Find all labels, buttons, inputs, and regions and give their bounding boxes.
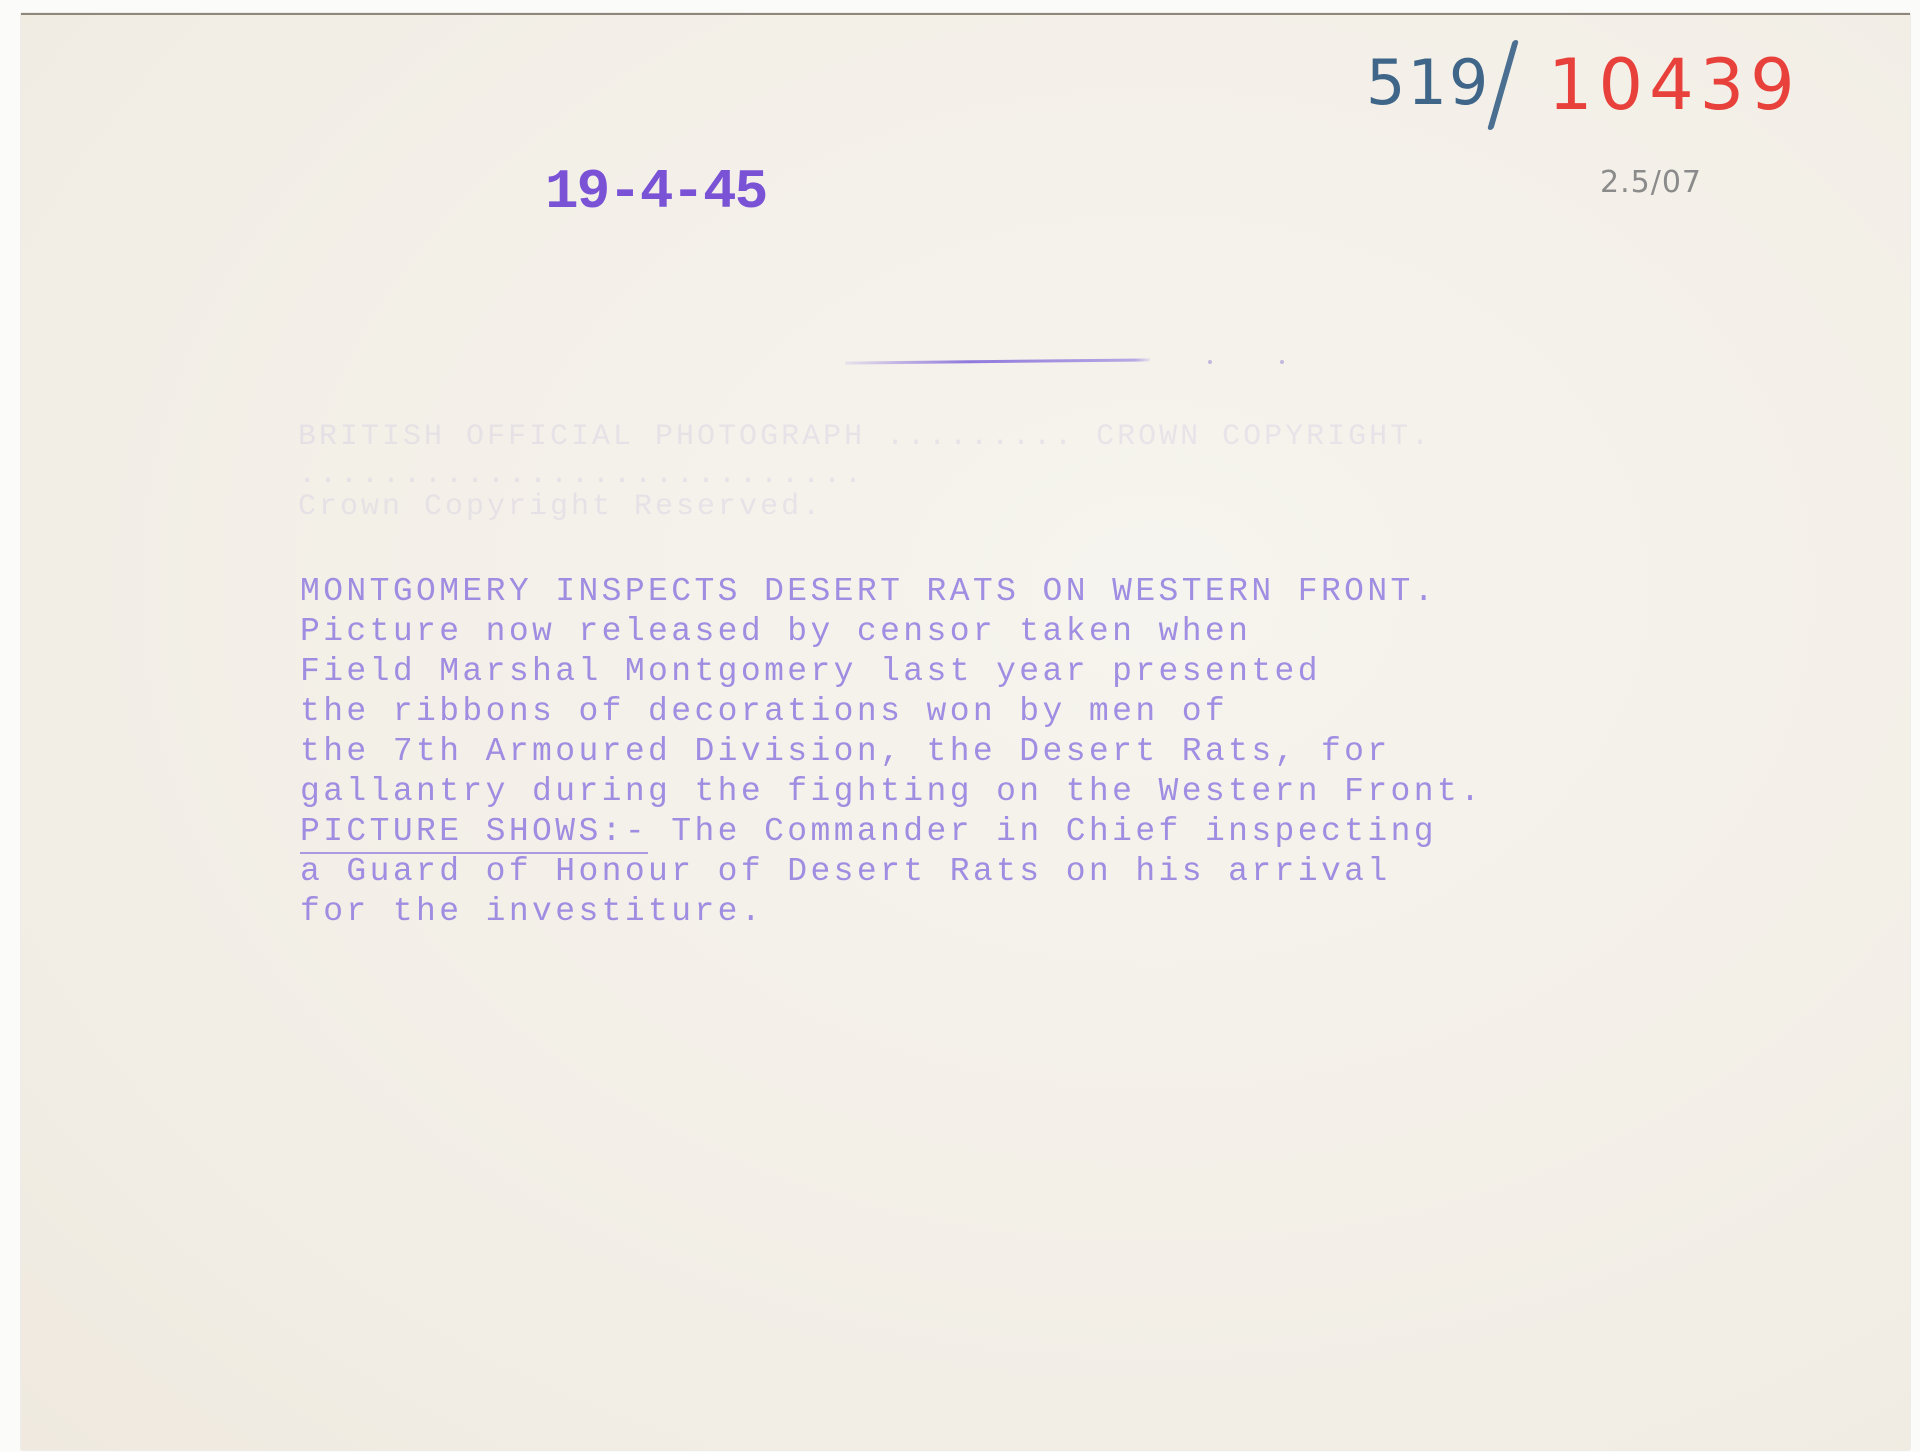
caption-line: the ribbons of decorations won by men of [300,692,1483,732]
caption-line: the 7th Armoured Division, the Desert Ra… [300,732,1483,772]
archive-ref-number: 10439 [1548,44,1801,126]
caption-line: Field Marshal Montgomery last year prese… [300,652,1483,692]
caption-picture-shows-line: PICTURE SHOWS:- The Commander in Chief i… [300,812,1483,852]
ink-speck [1208,360,1212,364]
archive-ref-prefix: 519 [1366,46,1490,119]
pencil-note: 2.5/07 [1600,165,1702,200]
picture-shows-label: PICTURE SHOWS:- [300,813,648,854]
caption-line: Picture now released by censor taken whe… [300,612,1483,652]
archive-ref-slash [1500,40,1508,132]
ghost-stamp-line: ........................... [298,458,865,492]
typed-caption: MONTGOMERY INSPECTS DESERT RATS ON WESTE… [300,572,1483,932]
ghost-stamp-line: BRITISH OFFICIAL PHOTOGRAPH ......... CR… [298,420,1432,454]
caption-headline: MONTGOMERY INSPECTS DESERT RATS ON WESTE… [300,572,1483,612]
caption-line: gallantry during the fighting on the Wes… [300,772,1483,812]
date-stamp: 19-4-45 [545,160,766,224]
caption-line: a Guard of Honour of Desert Rats on his … [300,852,1483,892]
ink-speck [1280,360,1284,364]
ghost-stamp-line: Crown Copyright Reserved. [298,490,823,524]
picture-shows-text: The Commander in Chief inspecting [648,813,1437,850]
caption-line: for the investiture. [300,892,1483,932]
